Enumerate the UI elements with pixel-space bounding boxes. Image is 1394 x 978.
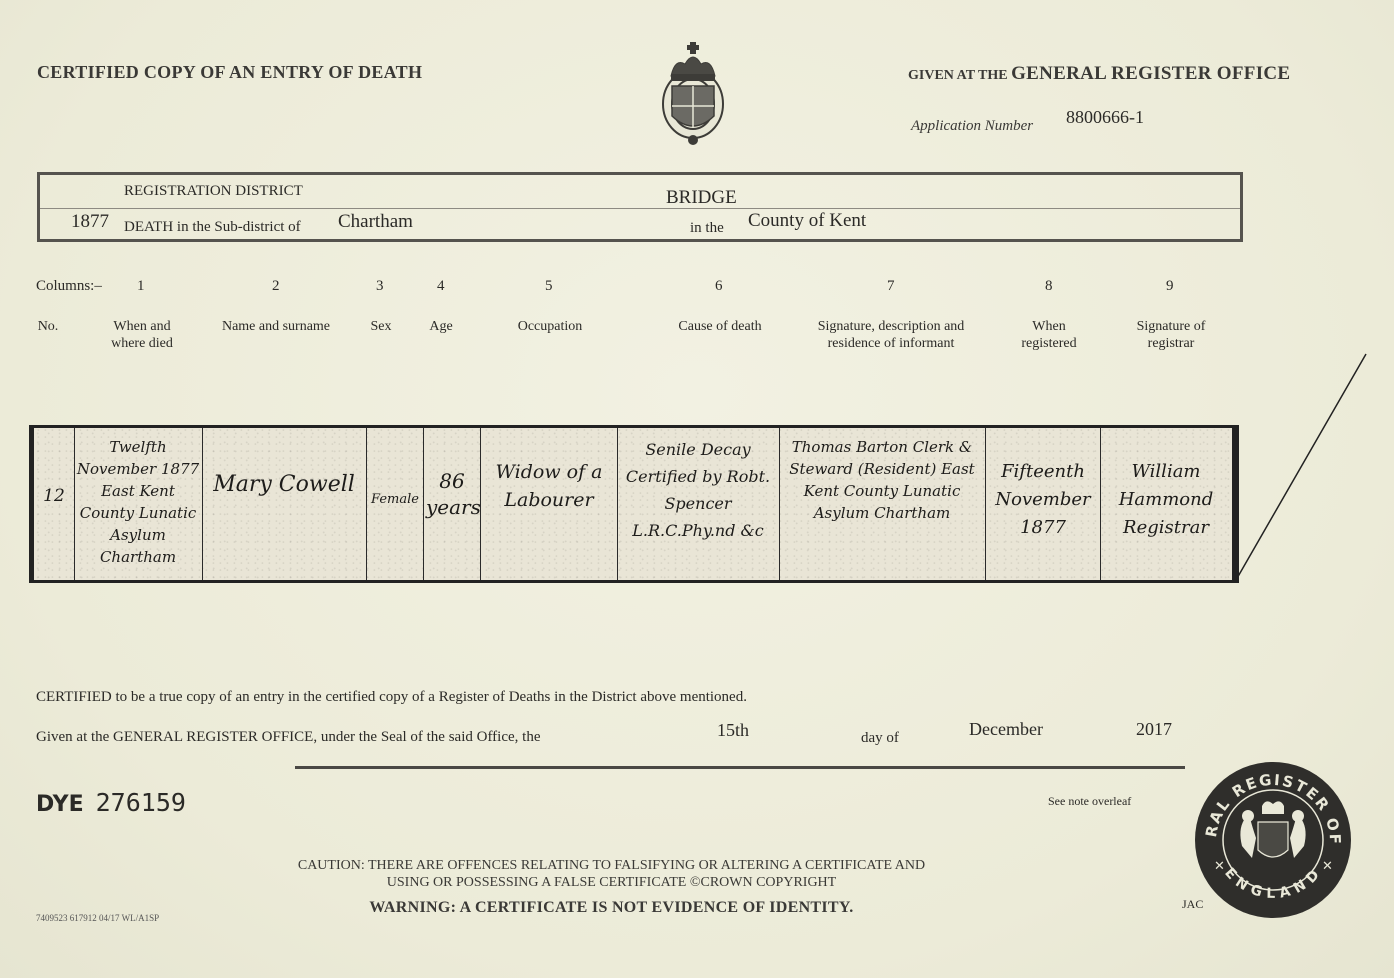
column-number-6: 6 (715, 278, 723, 295)
district-divider (40, 208, 1240, 209)
given-at-prefix: GIVEN AT THE (908, 68, 1008, 83)
issue-day: 15th (717, 720, 749, 741)
issue-year: 2017 (1136, 719, 1172, 740)
column-number-8: 8 (1045, 278, 1053, 295)
identity-warning: WARNING: A CERTIFICATE IS NOT EVIDENCE O… (289, 899, 934, 917)
entry-informant: Thomas Barton Clerk & Steward (Resident)… (782, 436, 982, 524)
in-the-label: in the (690, 220, 724, 237)
column-heading-sex: Sex (360, 318, 402, 335)
registration-district-value: BRIDGE (666, 187, 737, 209)
entry-when-where-died: Twelfth November 1877 East Kent County L… (76, 436, 200, 568)
signature-rule (295, 766, 1185, 769)
register-entry-row: 12 Twelfth November 1877 East Kent Count… (30, 425, 1238, 583)
column-heading-informant: Signature, description and residence of … (800, 318, 982, 352)
registration-district-label: REGISTRATION DISTRICT (124, 183, 303, 200)
royal-coat-of-arms-icon (655, 36, 731, 148)
svg-text:✕: ✕ (1214, 859, 1225, 874)
column-divider (985, 428, 986, 580)
column-number-1: 1 (137, 278, 145, 295)
svg-text:✕: ✕ (1322, 859, 1333, 874)
entry-name: Mary Cowell (206, 470, 362, 500)
column-number-3: 3 (376, 278, 384, 295)
column-number-9: 9 (1166, 278, 1174, 295)
registration-district-box: REGISTRATION DISTRICT BRIDGE 1877 DEATH … (37, 172, 1243, 242)
entry-sex: Female (368, 490, 422, 510)
county-value: County of Kent (748, 210, 866, 232)
column-number-7: 7 (887, 278, 895, 295)
cancellation-stroke (1234, 352, 1374, 582)
print-reference-code: 7409523 617912 04/17 WL/A1SP (36, 913, 159, 923)
column-number-2: 2 (272, 278, 280, 295)
table-left-border (29, 425, 34, 583)
certificate-title: CERTIFIED COPY OF AN ENTRY OF DEATH (37, 62, 422, 83)
entry-age: 86 years (426, 468, 478, 520)
column-divider (366, 428, 367, 580)
entry-registrar: William Hammond Registrar (1104, 458, 1228, 542)
column-heading-no: No. (26, 318, 70, 335)
column-number-5: 5 (545, 278, 553, 295)
certified-statement: CERTIFIED to be a true copy of an entry … (36, 689, 747, 706)
column-divider (617, 428, 618, 580)
death-year: 1877 (71, 211, 109, 233)
given-statement: Given at the GENERAL REGISTER OFFICE, un… (36, 729, 541, 746)
column-divider (74, 428, 75, 580)
entry-occupation: Widow of a Labourer (484, 458, 614, 514)
sub-district-label: DEATH in the Sub-district of (124, 219, 301, 236)
see-note-overleaf: See note overleaf (1048, 794, 1131, 809)
day-of-label: day of (861, 730, 899, 747)
column-divider (779, 428, 780, 580)
general-register-office-seal-icon: GENERAL REGISTER OFFICE ENGLAND ✕ ✕ (1192, 760, 1354, 920)
column-divider (423, 428, 424, 580)
column-heading-name: Name and surname (206, 318, 346, 335)
serial-prefix: DYE (36, 792, 84, 817)
column-heading-when-registered: When registered (1006, 318, 1092, 352)
issue-month: December (969, 719, 1043, 740)
column-heading-when-where: When and where died (100, 318, 184, 352)
entry-cause-of-death: Senile Decay Certified by Robt. Spencer … (620, 436, 776, 544)
column-heading-age: Age (420, 318, 462, 335)
column-heading-occupation: Occupation (490, 318, 610, 335)
column-heading-cause: Cause of death (660, 318, 780, 335)
caution-notice: CAUTION: THERE ARE OFFENCES RELATING TO … (289, 857, 934, 891)
entry-when-registered: Fifteenth November 1877 (988, 458, 1098, 542)
serial-number: 276159 (96, 788, 186, 817)
column-divider (202, 428, 203, 580)
application-number-label: Application Number (911, 118, 1033, 135)
sub-district-value: Chartham (338, 211, 413, 233)
column-number-4: 4 (437, 278, 445, 295)
office-name: GENERAL REGISTER OFFICE (1011, 63, 1290, 84)
column-divider (1100, 428, 1101, 580)
column-heading-registrar: Signature of registrar (1120, 318, 1222, 352)
entry-number: 12 (36, 486, 72, 506)
issuing-office: GIVEN AT THE GENERAL REGISTER OFFICE (908, 63, 1290, 85)
certificate-serial: DYE276159 (36, 788, 186, 817)
application-number: 8800666-1 (1066, 107, 1144, 128)
columns-label: Columns:– (36, 278, 102, 295)
